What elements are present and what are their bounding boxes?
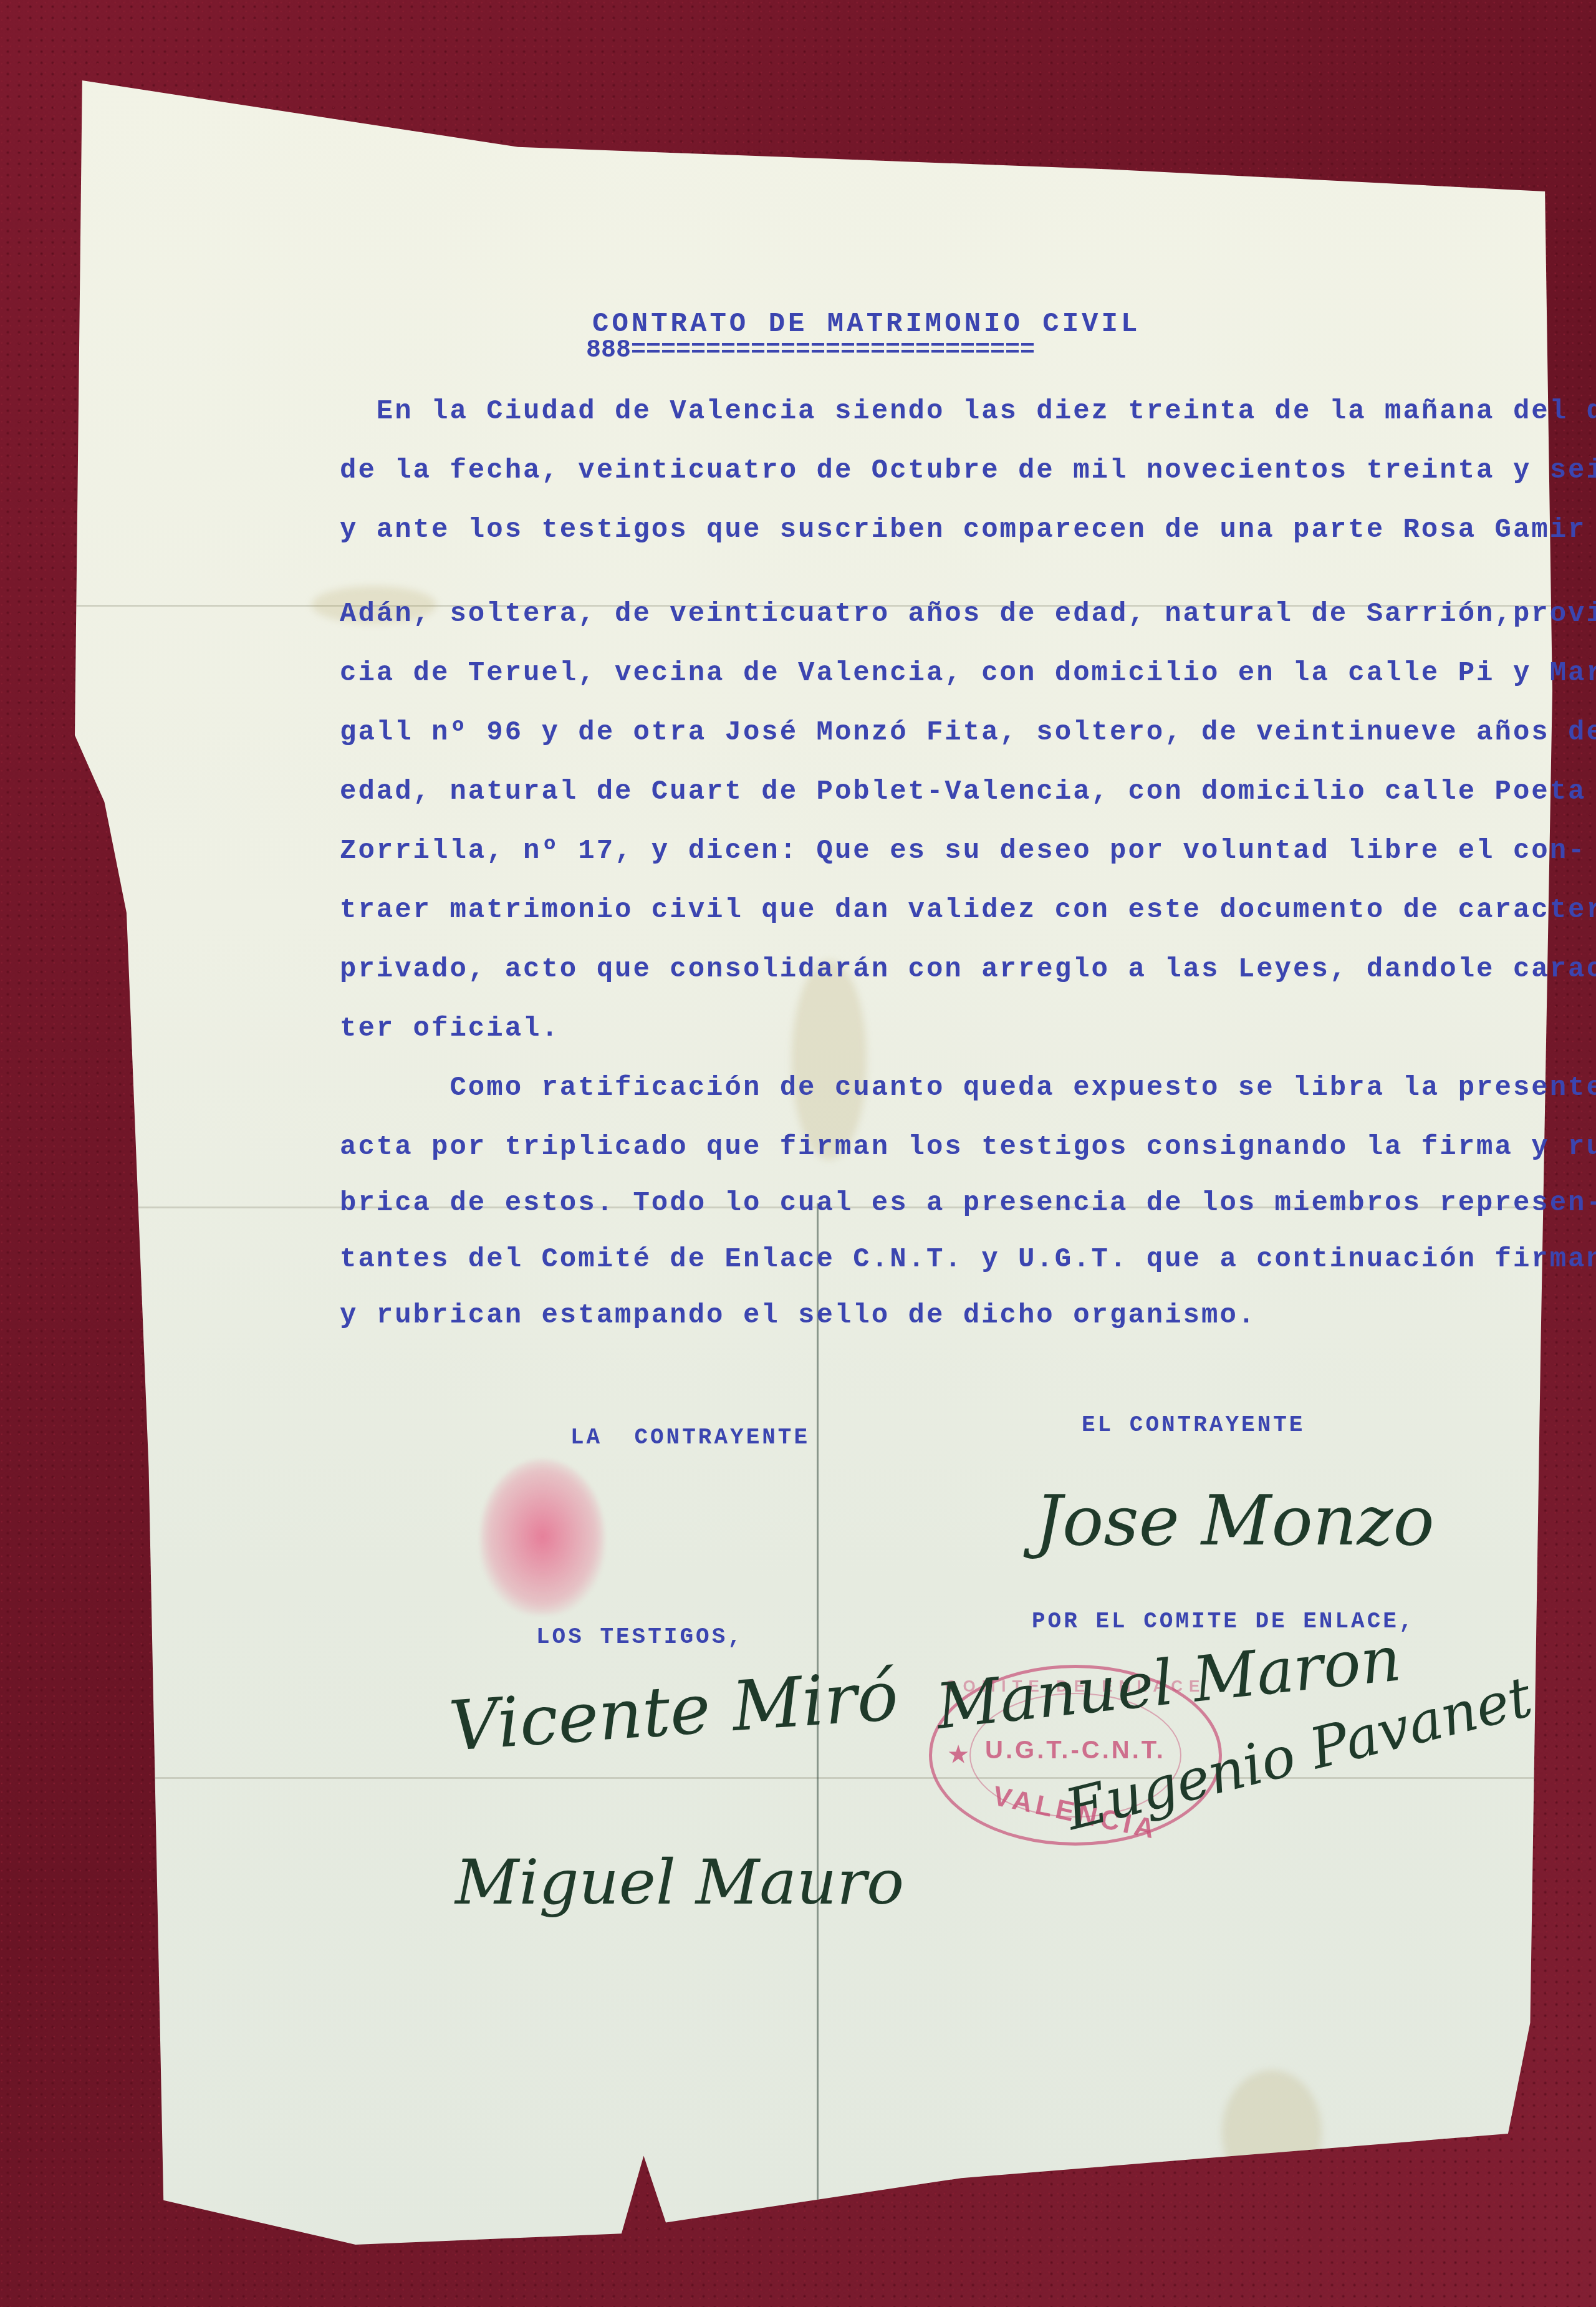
text-line: y ante los testigos que suscriben compar…: [340, 514, 1587, 546]
text-line: y rubrican estampando el sello de dicho …: [340, 1300, 1256, 1331]
text-line: Adán, soltera, de veinticuatro años de e…: [340, 599, 1596, 630]
text-line: En la Ciudad de Valencia siendo las diez…: [340, 396, 1596, 427]
bride-thumbprint: [480, 1459, 605, 1615]
bride-label: LA CONTRAYENTE: [570, 1425, 810, 1450]
text-line: brica de estos. Todo lo cual es a presen…: [340, 1188, 1596, 1219]
witness-signature-2: Miguel Mauro: [455, 1846, 904, 1919]
text-line: acta por triplicado que firman los testi…: [340, 1132, 1596, 1163]
text-line: edad, natural de Cuart de Poblet-Valenci…: [340, 776, 1587, 807]
text-line: tantes del Comité de Enlace C.N.T. y U.G…: [340, 1244, 1596, 1275]
text-line: traer matrimonio civil que dan validez c…: [340, 895, 1596, 926]
groom-signature: Jose Monzo: [1035, 1481, 1435, 1561]
text-line: Zorrilla, nº 17, y dicen: Que es su dese…: [340, 836, 1587, 867]
text-line: privado, acto que consolidarán con arreg…: [340, 954, 1596, 985]
stain: [792, 960, 867, 1160]
document-title: CONTRATO DE MATRIMONIO CIVIL: [592, 309, 1140, 340]
stain: [1222, 2070, 1322, 2195]
text-line: de la fecha, veinticuatro de Octubre de …: [340, 455, 1596, 486]
text-line: gall nº 96 y de otra José Monzó Fita, so…: [340, 717, 1596, 748]
witnesses-label: LOS TESTIGOS,: [536, 1624, 744, 1650]
title-underline: 888===========================: [586, 337, 1035, 365]
text-line: ter oficial.: [340, 1013, 560, 1044]
text-line: cia de Teruel, vecina de Valencia, con d…: [340, 658, 1596, 689]
groom-label: EL CONTRAYENTE: [1082, 1412, 1305, 1438]
text-line: Como ratificación de cuanto queda expues…: [340, 1072, 1596, 1104]
